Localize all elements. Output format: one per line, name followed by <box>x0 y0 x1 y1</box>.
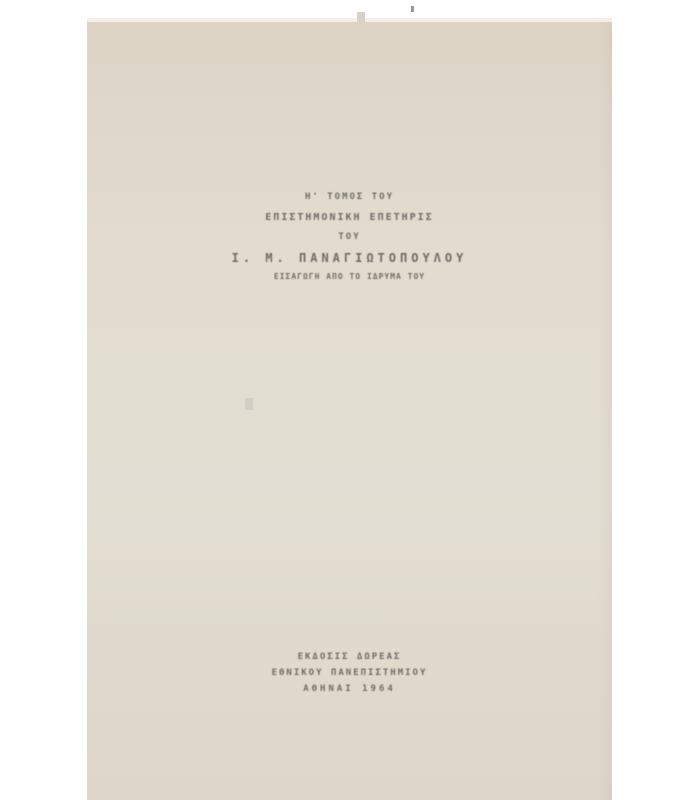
title-line-3: ΤΟΥ <box>87 232 612 242</box>
publisher-line-3: ΑΘΗΝΑΙ 1964 <box>87 684 612 694</box>
subtitle-line: ΕΙΣΑΓΩΓΗ ΑΠΟ ΤΟ ΙΔΡΥΜΑ ΤΟΥ <box>87 272 612 281</box>
title-line-1: Η' ΤΟΜΟΣ ΤΟΥ <box>87 192 612 202</box>
title-line-2: ΕΠΙΣΤΗΜΟΝΙΚΗ ΕΠΕΤΗΡΙΣ <box>87 212 612 223</box>
author-name: Ι. Μ. ΠΑΝΑΓΙΩΤΟΠΟΥΛΟΥ <box>87 251 612 265</box>
scan-dot <box>411 6 414 12</box>
scan-mark <box>357 12 365 22</box>
publisher-line-1: ΕΚΔΟΣΙΣ ΔΩΡΕΑΣ <box>87 652 612 662</box>
publisher-line-2: ΕΘΝΙΚΟΥ ΠΑΝΕΠΙΣΤΗΜΙΟΥ <box>87 668 612 678</box>
cover-page: Η' ΤΟΜΟΣ ΤΟΥ ΕΠΙΣΤΗΜΟΝΙΚΗ ΕΠΕΤΗΡΙΣ ΤΟΥ Ι… <box>87 22 612 800</box>
paper-smudge <box>245 398 253 410</box>
